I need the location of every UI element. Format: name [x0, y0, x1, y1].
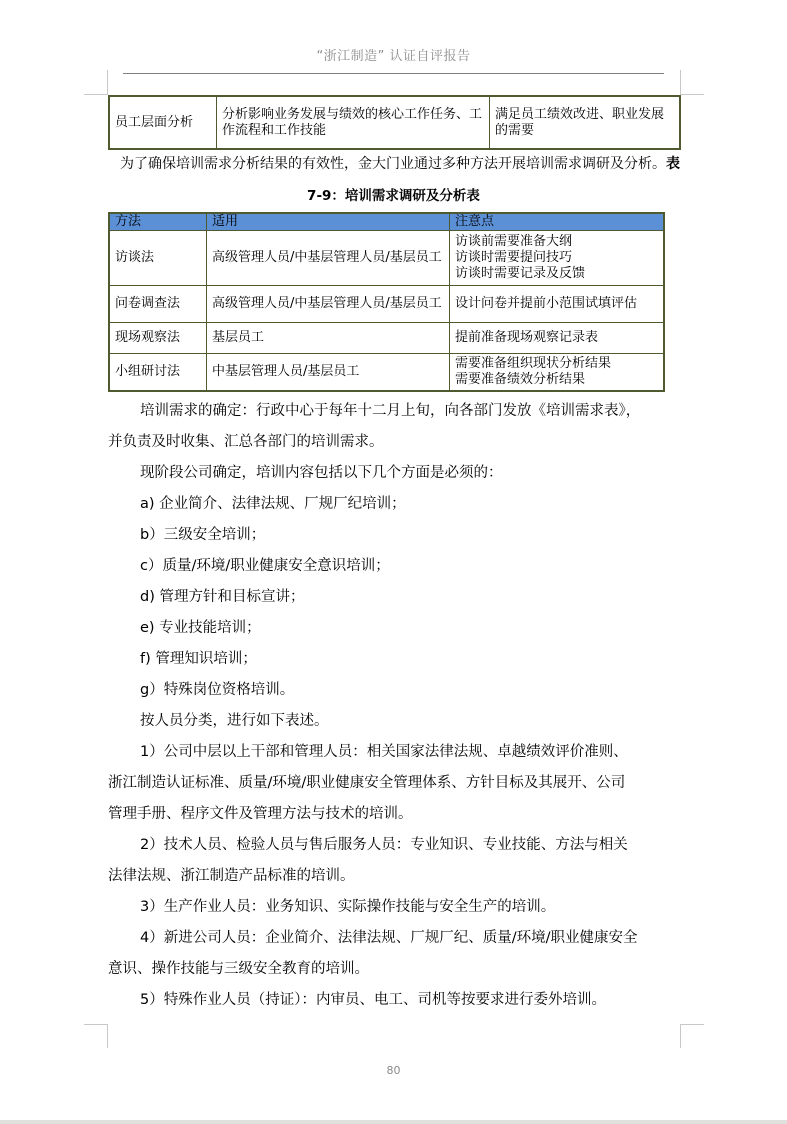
table-row: 访谈法 高级管理人员/中基层管理人员/基层员工 访谈前需要准备大纲 访谈时需要提…: [109, 231, 664, 286]
column-header-method: 方法: [109, 213, 207, 231]
crop-mark-bottom-right-v: [680, 1024, 681, 1048]
note-line: 访谈前需要准备大纲: [455, 234, 658, 250]
table-row: 问卷调查法 高级管理人员/中基层管理人员/基层员工 设计问卷并提前小范围试填评估: [109, 286, 664, 323]
applicable-cell: 基层员工: [207, 323, 450, 354]
list-item: e) 专业技能培训；: [140, 613, 712, 644]
paragraph-line: 按人员分类，进行如下表述。: [140, 706, 712, 737]
page-number: 80: [0, 1064, 787, 1077]
paragraph-line: 3）生产作业人员：业务知识、实际操作技能与安全生产的培训。: [140, 892, 712, 923]
applicable-cell: 高级管理人员/中基层管理人员/基层员工: [207, 286, 450, 323]
method-cell: 小组研讨法: [109, 354, 207, 392]
method-cell: 访谈法: [109, 231, 207, 286]
table-cell: 满足员工绩效改进、职业发展的需要: [490, 96, 681, 149]
table-row: 现场观察法 基层员工 提前准备现场观察记录表: [109, 323, 664, 354]
crop-mark-bottom-left-v: [107, 1024, 108, 1048]
continued-analysis-table: 员工层面分析 分析影响业务发展与绩效的核心工作任务、工作流程和工作技能 满足员工…: [108, 95, 681, 150]
paragraph-line: 5）特殊作业人员（持证）：内审员、电工、司机等按要求进行委外培训。: [140, 985, 712, 1016]
running-header-title: “浙江制造” 认证自评报告: [0, 45, 787, 64]
note-line: 访谈时需要记录及反馈: [455, 266, 658, 282]
viewer-bottom-edge: [0, 1120, 787, 1124]
intro-paragraph: 为了确保培训需求分析结果的有效性，金大门业通过多种方法开展培训需求调研及分析。表: [120, 149, 692, 180]
table-cell: 员工层面分析: [109, 96, 217, 149]
paragraph-line: 浙江制造认证标准、质量/环境/职业健康安全管理体系、方针目标及其展开、公司: [108, 768, 680, 799]
paragraph-line: 4）新进公司人员：企业简介、法律法规、厂规厂纪、质量/环境/职业健康安全: [140, 923, 712, 954]
table-row: 小组研讨法 中基层管理人员/基层员工 需要准备组织现状分析结果 需要准备绩效分析…: [109, 354, 664, 392]
note-line: 需要准备绩效分析结果: [455, 372, 658, 388]
note-line: 访谈时需要提问技巧: [455, 250, 658, 266]
paragraph-line: 现阶段公司确定，培训内容包括以下几个方面是必须的：: [140, 458, 712, 489]
crop-mark-top-right-h: [680, 94, 704, 95]
column-header-notes: 注意点: [450, 213, 665, 231]
paragraph-line: 意识、操作技能与三级安全教育的培训。: [108, 954, 680, 985]
list-item: a) 企业简介、法律法规、厂规厂纪培训；: [140, 489, 712, 520]
method-cell: 问卷调查法: [109, 286, 207, 323]
crop-mark-bottom-right-h: [680, 1024, 704, 1025]
crop-mark-top-left-v: [107, 70, 108, 95]
applicable-cell: 中基层管理人员/基层员工: [207, 354, 450, 392]
paragraph-line: 1）公司中层以上干部和管理人员：相关国家法律法规、卓越绩效评价准则、: [140, 737, 712, 768]
crop-mark-top-left-h: [84, 94, 108, 95]
notes-cell: 设计问卷并提前小范围试填评估: [450, 286, 665, 323]
note-line: 需要准备组织现状分析结果: [455, 356, 658, 372]
paragraph-line: 并负责及时收集、汇总各部门的培训需求。: [108, 427, 680, 458]
notes-cell: 访谈前需要准备大纲 访谈时需要提问技巧 访谈时需要记录及反馈: [450, 231, 665, 286]
crop-mark-top-right-v: [680, 70, 681, 95]
crop-mark-bottom-left-h: [84, 1024, 108, 1025]
paragraph-line: 法律法规、浙江制造产品标准的培训。: [108, 861, 680, 892]
paragraph-line: 培训需求的确定：行政中心于每年十二月上旬，向各部门发放《培训需求表》，: [140, 396, 712, 427]
notes-cell: 提前准备现场观察记录表: [450, 323, 665, 354]
notes-cell: 需要准备组织现状分析结果 需要准备绩效分析结果: [450, 354, 665, 392]
column-header-applicable: 适用: [207, 213, 450, 231]
applicable-cell: 高级管理人员/中基层管理人员/基层员工: [207, 231, 450, 286]
list-item: g）特殊岗位资格培训。: [140, 675, 712, 706]
table-caption: 7-9：培训需求调研及分析表: [0, 184, 787, 204]
header-rule: [123, 73, 664, 74]
intro-text: 为了确保培训需求分析结果的有效性，金大门业通过多种方法开展培训需求调研及分析。: [120, 156, 666, 172]
list-item: b）三级安全培训；: [140, 520, 712, 551]
intro-bold-tail: 表: [666, 156, 680, 172]
paragraph-line: 管理手册、程序文件及管理方法与技术的培训。: [108, 799, 680, 830]
list-item: d) 管理方针和目标宣讲；: [140, 582, 712, 613]
table-header-row: 方法 适用 注意点: [109, 213, 664, 231]
training-needs-table: 方法 适用 注意点 访谈法 高级管理人员/中基层管理人员/基层员工 访谈前需要准…: [108, 212, 665, 392]
method-cell: 现场观察法: [109, 323, 207, 354]
table-cell: 分析影响业务发展与绩效的核心工作任务、工作流程和工作技能: [217, 96, 490, 149]
paragraph-line: 2）技术人员、检验人员与售后服务人员：专业知识、专业技能、方法与相关: [140, 830, 712, 861]
table-row: 员工层面分析 分析影响业务发展与绩效的核心工作任务、工作流程和工作技能 满足员工…: [109, 96, 680, 149]
list-item: c）质量/环境/职业健康安全意识培训；: [140, 551, 712, 582]
list-item: f) 管理知识培训；: [140, 644, 712, 675]
